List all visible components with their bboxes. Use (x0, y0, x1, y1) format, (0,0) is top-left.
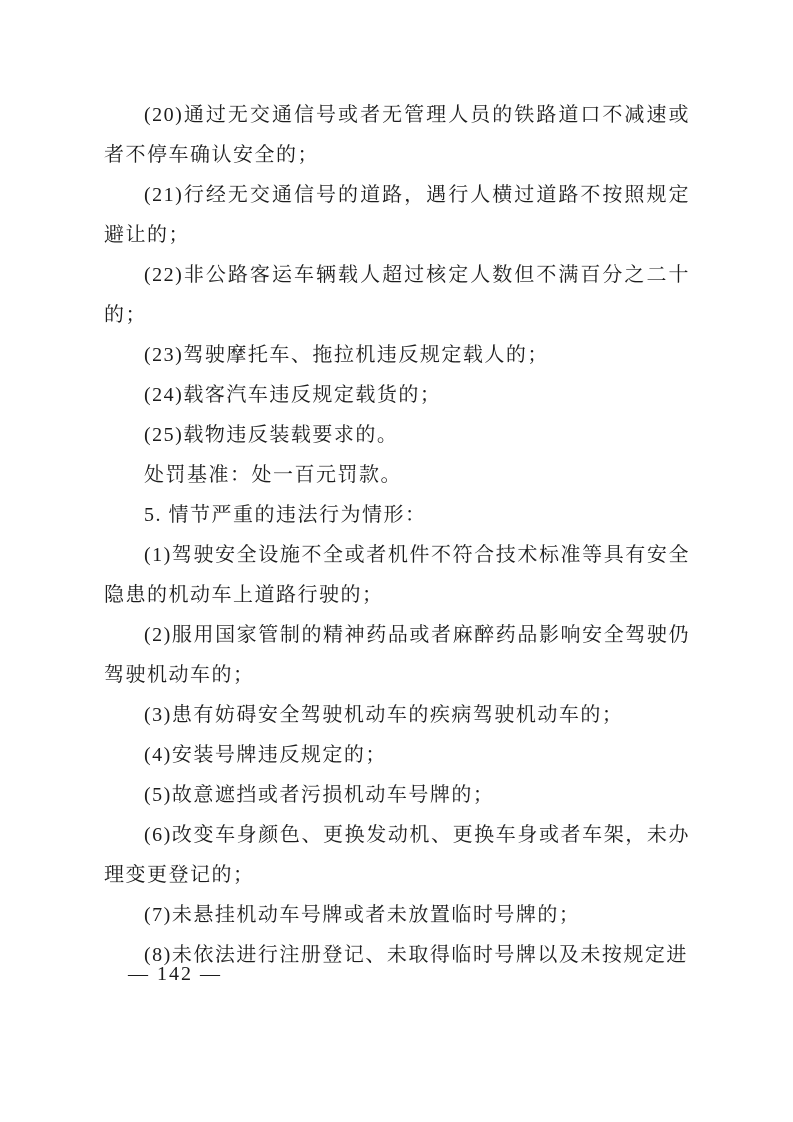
list-item-paragraph: (23)驾驶摩托车、拖拉机违反规定载人的； (104, 335, 690, 375)
list-item-paragraph: (5)故意遮挡或者污损机动车号牌的； (104, 775, 690, 815)
document-body: (20)通过无交通信号或者无管理人员的铁路道口不减速或者不停车确认安全的；(21… (104, 95, 690, 975)
section-heading: 5. 情节严重的违法行为情形： (104, 495, 690, 535)
document-page: (20)通过无交通信号或者无管理人员的铁路道口不减速或者不停车确认安全的；(21… (0, 0, 793, 1122)
list-item-paragraph: (24)载客汽车违反规定载货的； (104, 375, 690, 415)
list-item-paragraph: (4)安装号牌违反规定的； (104, 735, 690, 775)
list-item-paragraph: (22)非公路客运车辆载人超过核定人数但不满百分之二十的； (104, 255, 690, 335)
list-item-paragraph: (2)服用国家管制的精神药品或者麻醉药品影响安全驾驶仍驾驶机动车的； (104, 615, 690, 695)
list-item-paragraph: (25)载物违反装载要求的。 (104, 415, 690, 455)
list-item-paragraph: (21)行经无交通信号的道路，遇行人横过道路不按照规定避让的； (104, 175, 690, 255)
list-item-paragraph: (1)驾驶安全设施不全或者机件不符合技术标准等具有安全隐患的机动车上道路行驶的； (104, 535, 690, 615)
penalty-statement: 处罚基准：处一百元罚款。 (104, 455, 690, 495)
page-number: — 142 — (128, 963, 222, 986)
list-item-paragraph: (20)通过无交通信号或者无管理人员的铁路道口不减速或者不停车确认安全的； (104, 95, 690, 175)
list-item-paragraph: (7)未悬挂机动车号牌或者未放置临时号牌的； (104, 895, 690, 935)
list-item-paragraph: (3)患有妨碍安全驾驶机动车的疾病驾驶机动车的； (104, 695, 690, 735)
list-item-paragraph: (6)改变车身颜色、更换发动机、更换车身或者车架，未办理变更登记的； (104, 815, 690, 895)
